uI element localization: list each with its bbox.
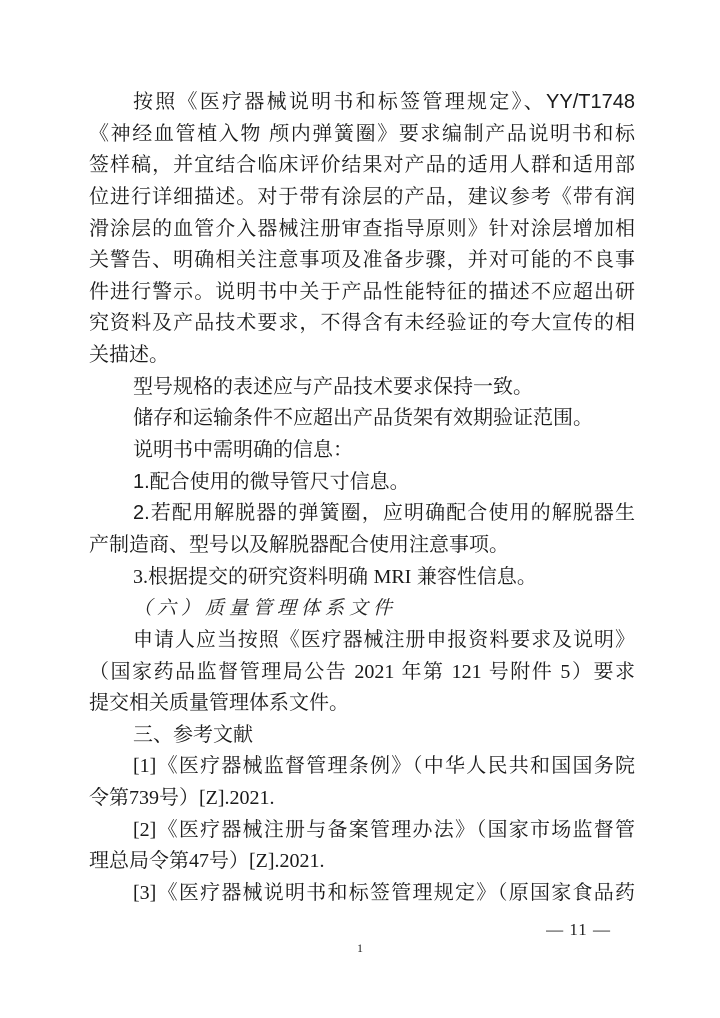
text-line: 储存和运输条件不应超出产品货架有效期验证范围。 xyxy=(89,403,635,435)
text-line: 提交相关质量管理体系文件。 xyxy=(89,688,635,720)
list-item-line: 2.若配用解脱器的弹簧圈，应明确配合使用的解脱器生 xyxy=(89,498,635,530)
text-line: 说明书中需明确的信息： xyxy=(89,435,635,467)
footnote-number: 1 xyxy=(0,941,720,956)
text-line: 位进行详细描述。对于带有涂层的产品，建议参考《带有润 xyxy=(89,182,635,214)
page-number: — 11 — xyxy=(546,920,611,940)
text-line: 签样稿，并宜结合临床评价结果对产品的适用人群和适用部 xyxy=(89,150,635,182)
reference-item-line: 令第739号）[Z].2021. xyxy=(89,783,635,815)
document-body: 按照《医疗器械说明书和标签管理规定》、YY/T1748 《神经血管植入物 颅内弹… xyxy=(89,87,635,910)
text-line: 究资料及产品技术要求，不得含有未经验证的夸大宣传的相 xyxy=(89,308,635,340)
text-line: 滑涂层的血管介入器械注册审查指导原则》针对涂层增加相 xyxy=(89,214,635,246)
section-heading-references: 三、参考文献 xyxy=(89,720,635,752)
text-line: 件进行警示。说明书中关于产品性能特征的描述不应超出研 xyxy=(89,277,635,309)
list-item-line: 产制造商、型号以及解脱器配合使用注意事项。 xyxy=(89,530,635,562)
text-line: 型号规格的表述应与产品技术要求保持一致。 xyxy=(89,372,635,404)
text-line: 关描述。 xyxy=(89,340,635,372)
text-line: （国家药品监督管理局公告 2021 年第 121 号附件 5）要求 xyxy=(89,657,635,689)
text-line: 关警告、明确相关注意事项及准备步骤，并对可能的不良事 xyxy=(89,245,635,277)
reference-item-line: [1]《医疗器械监督管理条例》（中华人民共和国国务院 xyxy=(89,751,635,783)
list-item-line: 3.根据提交的研究资料明确 MRI 兼容性信息。 xyxy=(89,562,635,594)
reference-item-line: [2]《医疗器械注册与备案管理办法》（国家市场监督管 xyxy=(89,815,635,847)
reference-item-line: [3]《医疗器械说明书和标签管理规定》（原国家食品药 xyxy=(89,878,635,910)
document-page: 按照《医疗器械说明书和标签管理规定》、YY/T1748 《神经血管植入物 颅内弹… xyxy=(0,0,720,1018)
section-heading-quality-system-docs: （六）质量管理体系文件 xyxy=(89,593,635,625)
list-item-line: 1.配合使用的微导管尺寸信息。 xyxy=(89,467,635,499)
text-line: 申请人应当按照《医疗器械注册申报资料要求及说明》 xyxy=(89,625,635,657)
text-line: 按照《医疗器械说明书和标签管理规定》、YY/T1748 xyxy=(89,87,635,119)
text-line: 《神经血管植入物 颅内弹簧圈》要求编制产品说明书和标 xyxy=(89,119,635,151)
reference-item-line: 理总局令第47号）[Z].2021. xyxy=(89,846,635,878)
